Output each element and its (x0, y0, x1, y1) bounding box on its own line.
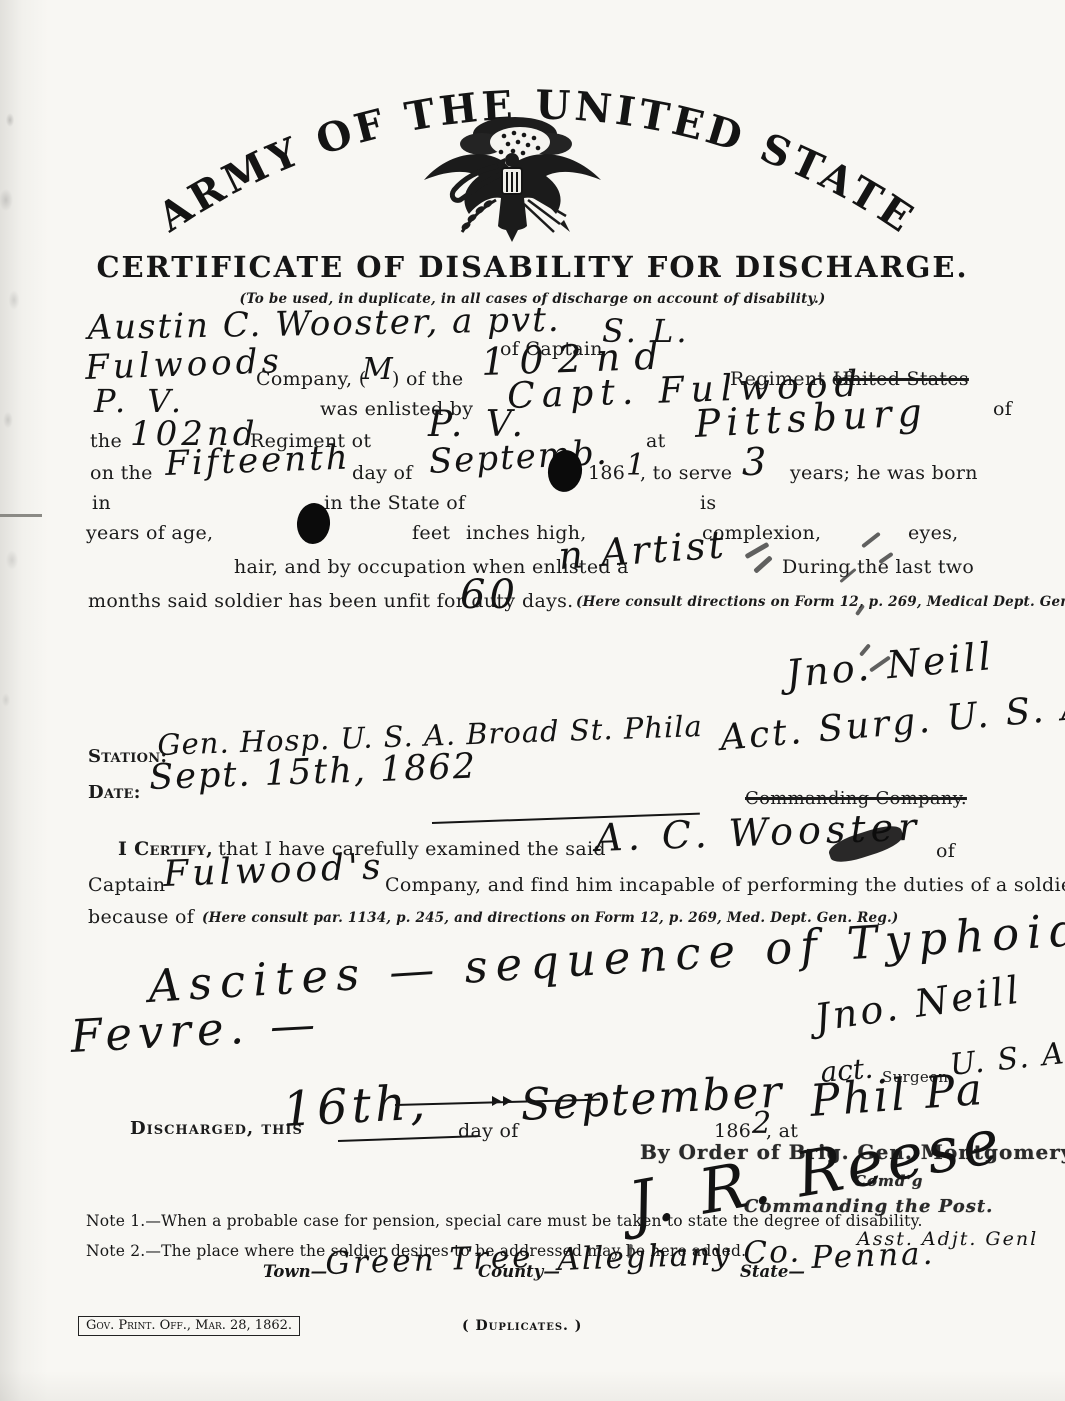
label-in-state-of: in the State of (324, 492, 465, 514)
label-is: is (700, 492, 716, 514)
county-label: County— (478, 1262, 560, 1281)
state-label: State— (740, 1262, 805, 1281)
unfit-days-handwritten: 60 (460, 572, 519, 618)
company-owner-handwritten: Fulwoods (85, 341, 284, 388)
label-of-2: of (936, 840, 955, 862)
label-on-the: on the (90, 462, 153, 484)
note-1: Note 1.—When a probable case for pension… (86, 1212, 923, 1230)
surgeon-signature-2-handwritten: Jno. Neill (812, 967, 1024, 1040)
certificate-title: CERTIFICATE OF DISABILITY FOR DISCHARGE. (0, 250, 1065, 284)
label-company-open: Company, ( (256, 368, 366, 390)
duplicates-note: ( Duplicates. ) (462, 1318, 582, 1334)
label-because-of: because of (88, 906, 194, 928)
label-day-of-2: day of (458, 1120, 519, 1142)
rule-arrow-ornament (503, 1096, 512, 1106)
diagnosis-line2-handwritten: Fevre. — (69, 997, 322, 1063)
label-day-of: day of (352, 462, 413, 484)
enlist-month-handwritten: Septemb. (428, 433, 610, 482)
label-year-186-2: 186 (714, 1120, 751, 1142)
label-the: the (90, 430, 122, 452)
label-captain: Captain (88, 874, 165, 896)
label-eyes: eyes, (908, 522, 959, 544)
struck-commanding-company: Commanding Company. (745, 788, 967, 809)
smudge-mark (861, 532, 881, 549)
label-of-the: ) of the (392, 368, 463, 390)
printing-office-imprint: Gov. Print. Off., Mar. 28, 1862. (78, 1316, 300, 1336)
certify-incapable-text: Company, and find him incapable of perfo… (385, 874, 1065, 896)
date-label: Date: (88, 782, 141, 803)
scan-edge-mark (0, 514, 42, 517)
eagle-emblem-icon (420, 108, 605, 243)
certificate-document: ARMY OF THE UNITED STATES. (0, 0, 1065, 1401)
label-feet: feet (412, 522, 450, 544)
company-letter-handwritten: M (362, 352, 393, 387)
label-years-born: years; he was born (790, 462, 978, 484)
label-days: days. (522, 590, 574, 612)
rule-arrow-ornament (492, 1096, 501, 1106)
smudge-mark (744, 542, 769, 559)
certify-captain-name-handwritten: Fulwood's (163, 846, 386, 895)
label-at: at (646, 430, 666, 452)
surgeon-signature-handwritten: Jno. Neill (784, 634, 995, 696)
smudge-mark (753, 555, 773, 573)
acting-surgeon-title-handwritten: Act. Surg. U. S. A (718, 686, 1065, 759)
enlist-day-handwritten: Fifteenth (165, 438, 352, 484)
label-years-of-age: years of age, (86, 522, 213, 544)
label-year-186: 186 (588, 462, 625, 484)
signature-flourish-rule (338, 1135, 478, 1142)
consult-directions-note: (Here consult directions on Form 12, p. … (576, 594, 1065, 610)
serve-years-handwritten: 3 (742, 440, 766, 484)
label-in: in (92, 492, 111, 514)
state-value-handwritten: Penna. (811, 1236, 936, 1276)
town-label: Town— (263, 1262, 327, 1281)
discharged-this-label: Discharged, this (130, 1118, 303, 1139)
discharge-day-handwritten: 16th, (281, 1074, 430, 1138)
label-during-last-two: During the last two (782, 556, 974, 578)
label-unfit-for-duty: months said soldier has been unfit for d… (88, 590, 515, 612)
label-to-serve: , to serve (640, 462, 732, 484)
label-of: of (993, 398, 1012, 420)
